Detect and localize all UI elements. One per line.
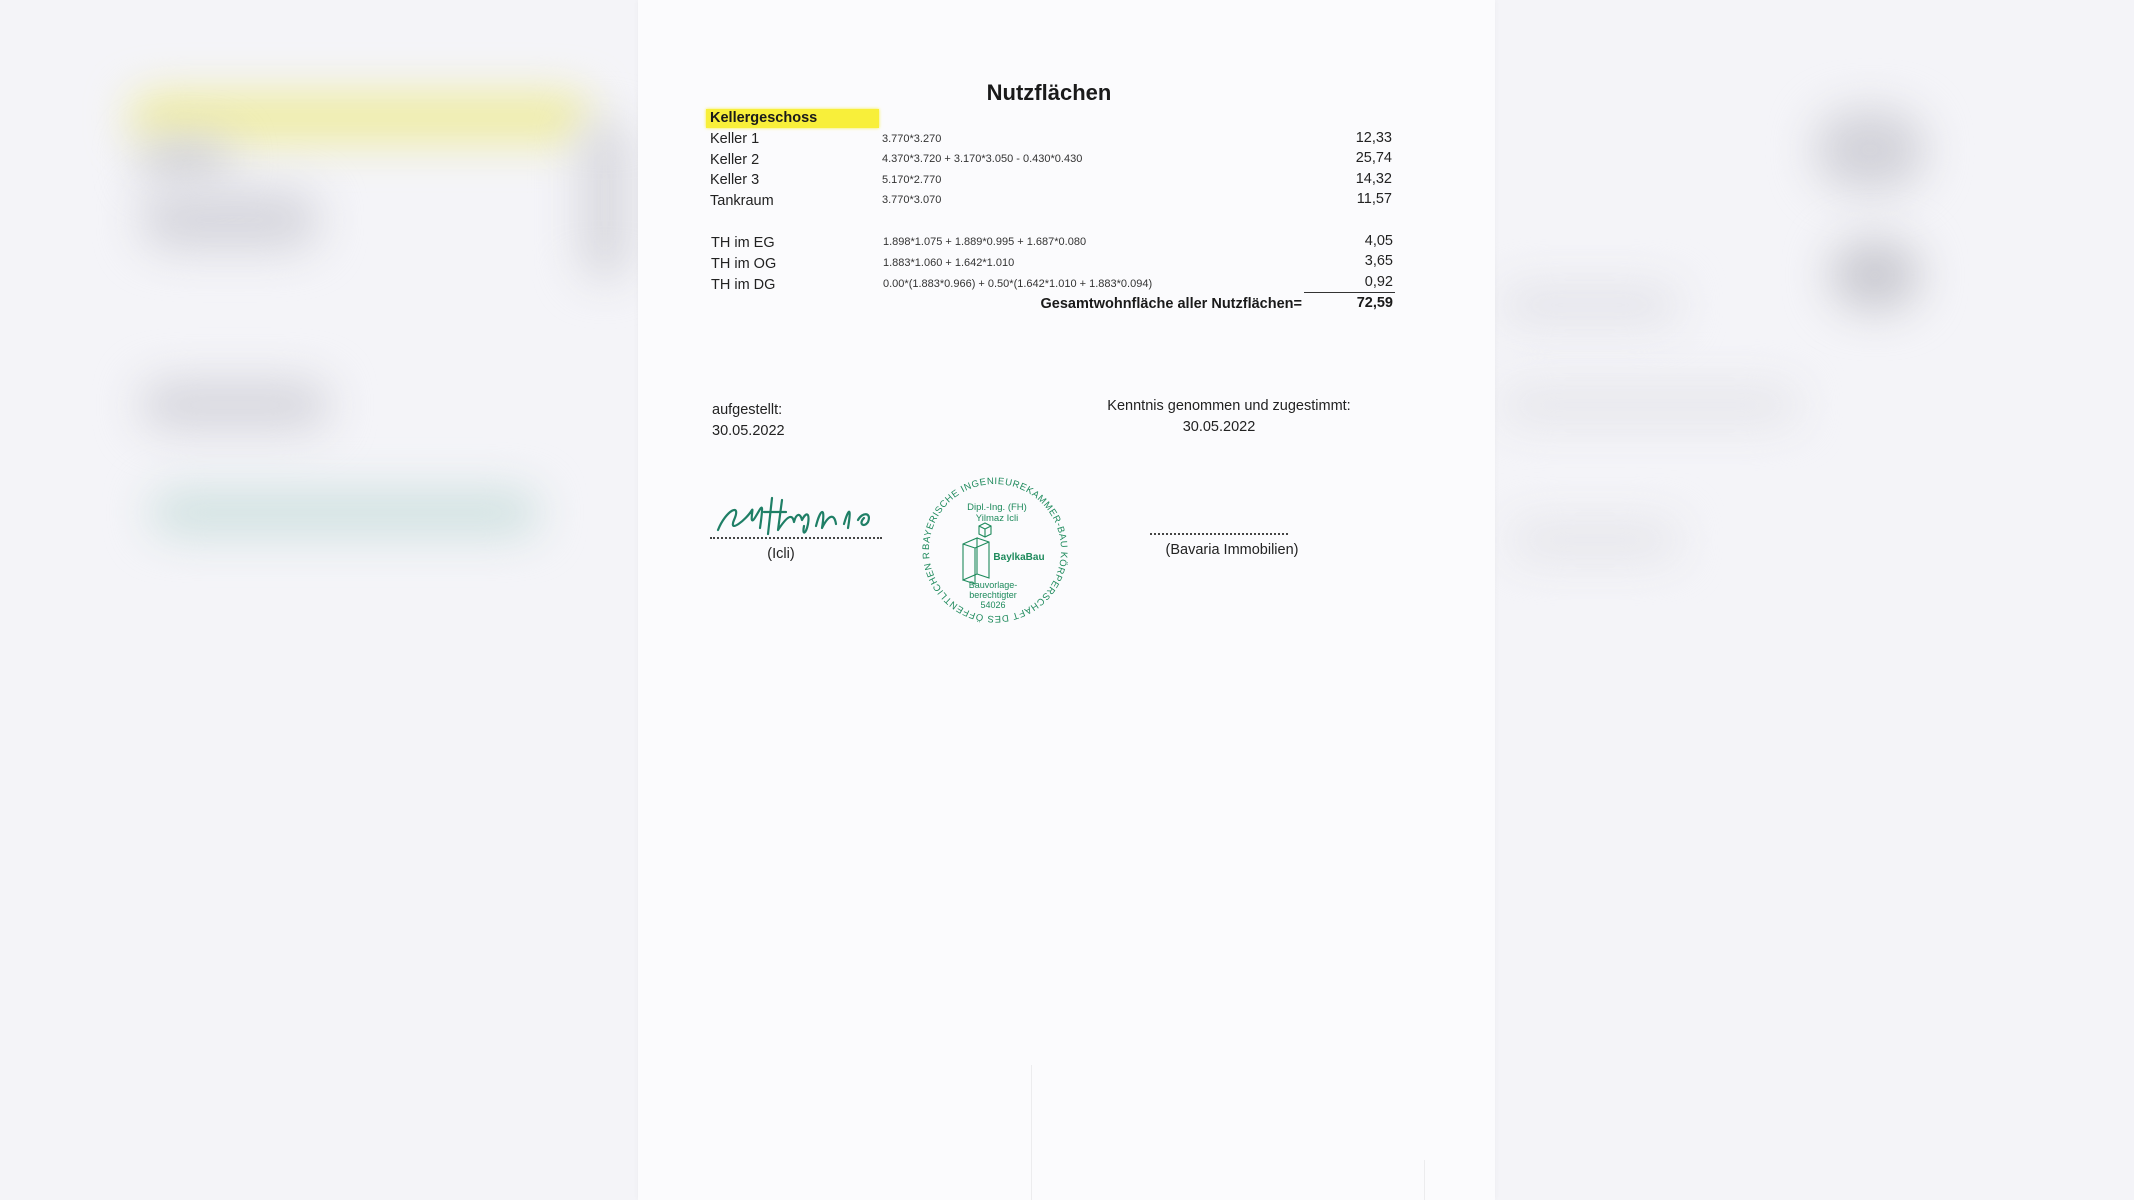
sum-rule	[1304, 292, 1395, 293]
signature-line-left	[710, 537, 882, 539]
room-area: 14,32	[1356, 171, 1392, 187]
blurred-text	[1830, 240, 1920, 310]
blurred-text	[140, 190, 320, 250]
blurred-text	[580, 120, 630, 280]
stairwell-name: TH im EG	[711, 235, 775, 251]
paper-fold	[1031, 1065, 1032, 1200]
room-area: 25,74	[1356, 150, 1392, 166]
signer-name-right: (Bavaria Immobilien)	[1166, 542, 1299, 558]
blurred-text	[1500, 285, 1680, 325]
section-heading-kellergeschoss: Kellergeschoss	[706, 109, 879, 128]
total-label: Gesamtwohnfläche aller Nutzflächen=	[1041, 296, 1302, 312]
stamp-number: 54026	[980, 600, 1005, 610]
stairwell-name: TH im DG	[711, 277, 775, 293]
blurred-signature	[150, 490, 540, 535]
stamp-name: Yilmaz Icli	[976, 513, 1018, 524]
engineer-stamp: BAYERISCHE INGENIEUREKAMMER-BAU KÖRPERSC…	[915, 470, 1075, 630]
blurred-text	[140, 380, 330, 430]
stamp-line3: Bauvorlage-	[969, 580, 1018, 590]
room-area: 11,57	[1357, 191, 1392, 207]
room-area: 12,33	[1356, 130, 1392, 146]
blurred-highlight	[130, 95, 590, 140]
stamp-line4: berechtigter	[969, 590, 1017, 600]
blurred-text	[1500, 385, 1800, 425]
total-value: 72,59	[1357, 295, 1393, 311]
stairwell-formula: 0.00*(1.883*0.966) + 0.50*(1.642*1.010 +…	[883, 278, 1152, 290]
room-name: Keller 3	[710, 172, 759, 188]
stamp-brand: BaylkaBau	[993, 552, 1044, 563]
room-formula: 3.770*3.070	[882, 194, 941, 206]
signer-name-left: (Icli)	[767, 546, 794, 562]
building-icon	[963, 523, 991, 584]
room-name: Keller 2	[710, 152, 759, 168]
paper-fold	[1424, 1160, 1425, 1200]
approved-date: 30.05.2022	[1183, 419, 1256, 435]
prepared-date: 30.05.2022	[712, 423, 785, 439]
room-name: Keller 1	[710, 131, 759, 147]
room-name: Tankraum	[710, 193, 774, 209]
room-formula: 5.170*2.770	[882, 174, 941, 186]
stairwell-formula: 1.883*1.060 + 1.642*1.010	[883, 257, 1014, 269]
stairwell-area: 0,92	[1365, 274, 1393, 290]
stairwell-area: 3,65	[1365, 253, 1393, 269]
signature-line-right	[1150, 533, 1288, 535]
page-title: Nutzflächen	[987, 80, 1112, 106]
stairwell-area: 4,05	[1365, 233, 1393, 249]
blurred-text	[1510, 520, 1680, 560]
room-formula: 3.770*3.270	[882, 133, 941, 145]
stairwell-formula: 1.898*1.075 + 1.889*0.995 + 1.687*0.080	[883, 236, 1086, 248]
approved-caption: Kenntnis genommen und zugestimmt:	[1107, 398, 1350, 414]
stamp-title: Dipl.-Ing. (FH)	[967, 502, 1027, 513]
blurred-text	[1815, 110, 1925, 190]
stairwell-name: TH im OG	[711, 256, 776, 272]
blurred-text	[140, 140, 230, 180]
prepared-caption: aufgestellt:	[712, 402, 782, 418]
handwritten-signature	[712, 490, 892, 540]
room-formula: 4.370*3.720 + 3.170*3.050 - 0.430*0.430	[882, 153, 1082, 165]
